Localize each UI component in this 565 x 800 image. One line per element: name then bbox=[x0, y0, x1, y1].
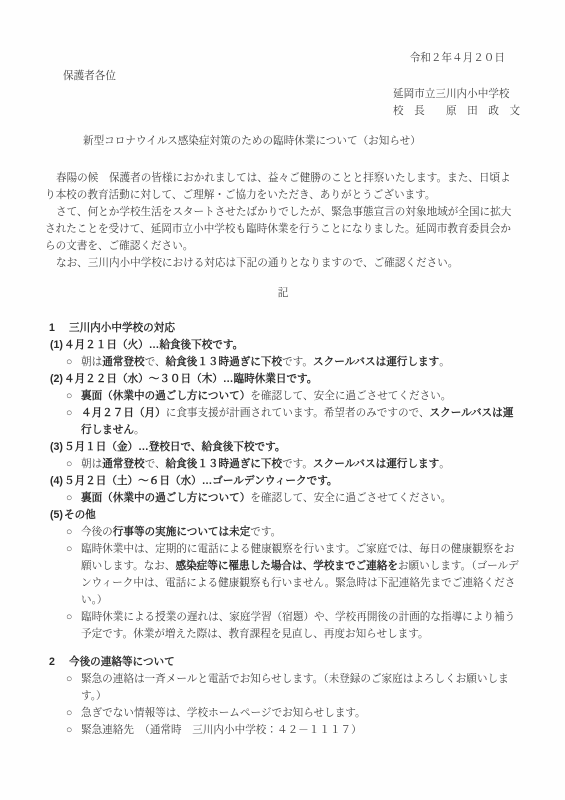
intro-paragraph: 春陽の候 保護者の皆様におかれましては、益々ご健勝のことと拝察いたします。また、… bbox=[45, 170, 521, 204]
circle-item: ○ 臨時休業中は、定期的に電話による健康観察を行います。ご家庭では、毎日の健康観… bbox=[45, 541, 521, 609]
sender-block: 延岡市立三川内小中学校 校 長 原 田 政 文 bbox=[393, 86, 521, 120]
section-future-contact: 2今後の連絡等について ○ 緊急の連絡は一斉メールと電話でお知らせします。（未登… bbox=[45, 654, 521, 739]
item-text: ４月２２日（水）～３０日（木）…臨時休業日です。 bbox=[64, 374, 317, 385]
item-number-label: (2) bbox=[50, 371, 63, 388]
section-number: 2 bbox=[49, 654, 69, 671]
item-text: ５月２日（土）～６日（水）…ゴールデンウィークです。 bbox=[64, 476, 338, 487]
circle-item: ○ 臨時休業による授業の遅れは、家庭学習（宿題）や、学校再開後の計画的な指導によ… bbox=[45, 609, 521, 643]
principal-name: 校 長 原 田 政 文 bbox=[393, 103, 521, 120]
circle-item: ○ 緊急の連絡は一斉メールと電話でお知らせします。（未登録のご家庭はよろしくお願… bbox=[45, 671, 521, 705]
circle-bullet: ○ bbox=[66, 405, 72, 422]
numbered-item: (3) ５月１日（金）…登校日で、給食後下校です。 bbox=[45, 439, 521, 456]
item-text: 緊急の連絡は一斉メールと電話でお知らせします。（未登録のご家庭はよろしくお願いし… bbox=[81, 674, 509, 702]
section-title: 三川内小中学校の対応 bbox=[69, 322, 175, 334]
intro-paragraph: さて、何とか学校生活をスタートさせたばかりでしたが、緊急事態宣言の対象地域が全国… bbox=[45, 204, 521, 255]
ki-marker: 記 bbox=[45, 285, 521, 302]
circle-bullet: ○ bbox=[66, 354, 72, 371]
circle-item: ○ 緊急連絡先 （通常時 三川内小中学校：４２－１１１７） bbox=[45, 722, 521, 739]
item-text: ４月２１日（火）…給食後下校です。 bbox=[64, 340, 243, 351]
school-name: 延岡市立三川内小中学校 bbox=[393, 86, 521, 103]
item-text: 急ぎでない情報等は、学校ホームページでお知らせします。 bbox=[81, 708, 366, 719]
item-number-label: (1) bbox=[50, 337, 63, 354]
section-heading: 1三川内小中学校の対応 bbox=[49, 320, 521, 337]
section-number: 1 bbox=[49, 320, 69, 337]
numbered-item: (2) ４月２２日（水）～３０日（木）…臨時休業日です。 bbox=[45, 371, 521, 388]
circle-bullet: ○ bbox=[66, 671, 72, 688]
circle-bullet: ○ bbox=[66, 609, 72, 626]
document-title: 新型コロナウイルス感染症対策のための臨時休業について（お知らせ） bbox=[83, 133, 521, 150]
circle-item: ○ 急ぎでない情報等は、学校ホームページでお知らせします。 bbox=[45, 705, 521, 722]
item-text: 臨時休業中は、定期的に電話による健康観察を行います。ご家庭では、毎日の健康観察を… bbox=[81, 544, 519, 606]
intro-block: 春陽の候 保護者の皆様におかれましては、益々ご健勝のことと拝察いたします。また、… bbox=[45, 170, 521, 272]
item-text: 今後の行事等の実施については未定です。 bbox=[81, 527, 281, 538]
circle-item: ○ 今後の行事等の実施については未定です。 bbox=[45, 524, 521, 541]
section-heading: 2今後の連絡等について bbox=[49, 654, 521, 671]
document-page: 令和２年４月２０日 保護者各位 延岡市立三川内小中学校 校 長 原 田 政 文 … bbox=[0, 0, 565, 800]
item-text: 緊急連絡先 （通常時 三川内小中学校：４２－１１１７） bbox=[81, 725, 362, 736]
circle-item: ○ 裏面（休業中の過ごし方について）を確認して、安全に過ごさせてください。 bbox=[45, 490, 521, 507]
section-title: 今後の連絡等について bbox=[69, 656, 175, 668]
circle-bullet: ○ bbox=[66, 541, 72, 558]
item-number-label: (3) bbox=[50, 439, 63, 456]
circle-item: ○ ４月２７日（月）に食事支援が計画されています。希望者のみですので、スクールバ… bbox=[45, 405, 521, 439]
item-text: 朝は通常登校で、給食後１３時過ぎに下校です。スクールバスは運行します。 bbox=[81, 459, 450, 470]
item-text: ４月２７日（月）に食事支援が計画されています。希望者のみですので、スクールバスは… bbox=[81, 408, 513, 436]
item-text: 朝は通常登校で、給食後１３時過ぎに下校です。スクールバスは運行します。 bbox=[81, 357, 450, 368]
numbered-item: (5) その他 bbox=[45, 507, 521, 524]
circle-item: ○ 朝は通常登校で、給食後１３時過ぎに下校です。スクールバスは運行します。 bbox=[45, 354, 521, 371]
item-text: ５月１日（金）…登校日で、給食後下校です。 bbox=[64, 442, 285, 453]
numbered-item: (4) ５月２日（土）～６日（水）…ゴールデンウィークです。 bbox=[45, 473, 521, 490]
circle-bullet: ○ bbox=[66, 524, 72, 541]
circle-bullet: ○ bbox=[66, 456, 72, 473]
circle-item: ○ 裏面（休業中の過ごし方について）を確認して、安全に過ごさせてください。 bbox=[45, 388, 521, 405]
document-date: 令和２年４月２０日 bbox=[45, 50, 521, 67]
item-text: 裏面（休業中の過ごし方について）を確認して、安全に過ごさせてください。 bbox=[81, 493, 451, 504]
item-text: 裏面（休業中の過ごし方について）を確認して、安全に過ごさせてください。 bbox=[81, 391, 451, 402]
item-text: その他 bbox=[64, 510, 96, 521]
circle-bullet: ○ bbox=[66, 490, 72, 507]
item-number-label: (5) bbox=[50, 507, 63, 524]
circle-item: ○ 朝は通常登校で、給食後１３時過ぎに下校です。スクールバスは運行します。 bbox=[45, 456, 521, 473]
item-text: 臨時休業による授業の遅れは、家庭学習（宿題）や、学校再開後の計画的な指導により補… bbox=[81, 612, 515, 640]
item-number-label: (4) bbox=[50, 473, 63, 490]
numbered-item: (1) ４月２１日（火）…給食後下校です。 bbox=[45, 337, 521, 354]
circle-bullet: ○ bbox=[66, 388, 72, 405]
section-school-response: 1三川内小中学校の対応 (1) ４月２１日（火）…給食後下校です。 ○ 朝は通常… bbox=[45, 320, 521, 643]
circle-bullet: ○ bbox=[66, 722, 72, 739]
circle-bullet: ○ bbox=[66, 705, 72, 722]
recipient-line: 保護者各位 bbox=[63, 68, 521, 85]
intro-paragraph: なお、三川内小中学校における対応は下記の通りとなりますので、ご確認ください。 bbox=[45, 255, 521, 272]
